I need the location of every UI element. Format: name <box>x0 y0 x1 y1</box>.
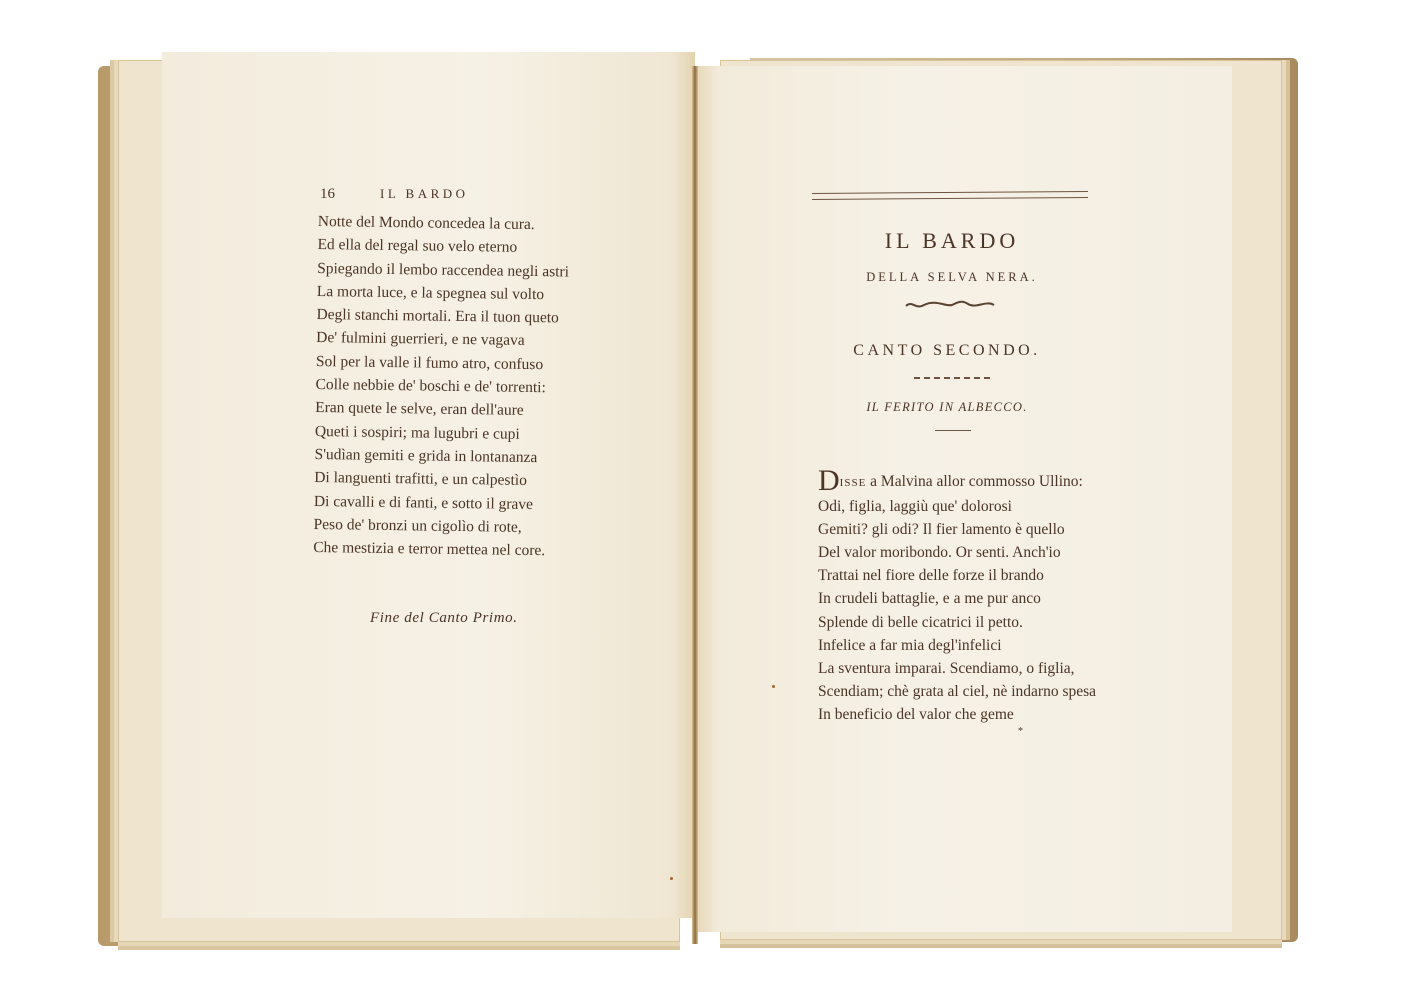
drop-cap: D <box>818 464 840 497</box>
canto-end-note: Fine del Canto Primo. <box>370 610 518 627</box>
verse-line: Trattai nel fiore delle forze il brando <box>818 564 1118 587</box>
short-rule-divider <box>935 430 971 431</box>
left-running-head: 16 IL BARDO <box>320 186 590 203</box>
verse-line: In crudeli battaglie, e a me pur anco <box>818 587 1118 610</box>
first-line-rest: a Malvina allor commosso Ullino: <box>866 473 1083 490</box>
verse-line: Scendiam; chè grata al ciel, nè indarno … <box>818 680 1118 703</box>
wavy-rule-divider <box>914 377 990 385</box>
verse-line: Ed ella del regal suo velo eterno <box>317 233 597 260</box>
verse-line: In beneficio del valor che geme <box>818 703 1118 726</box>
verse-line: Splende di belle cicatrici il petto. <box>818 611 1118 634</box>
book-title: IL BARDO <box>812 228 1092 254</box>
verse-line: Che mestizia e terror mettea nel core. <box>313 536 593 563</box>
verse-line: Di languenti trafitti, e un calpestìo <box>314 466 594 493</box>
canto-argument: IL FERITO IN ALBECCO. <box>812 400 1082 415</box>
verse-line: Odi, figlia, laggiù que' dolorosi <box>818 495 1118 518</box>
verse-line: Del valor moribondo. Or senti. Anch'io <box>818 541 1118 564</box>
page-number: 16 <box>320 186 380 203</box>
verse-line: Eran quete le selve, eran dell'aure <box>315 396 595 423</box>
left-verse-block: Notte del Mondo concedea la cura. Ed ell… <box>313 210 598 563</box>
foxing-spot <box>772 685 775 688</box>
book-subtitle: DELLA SELVA NERA. <box>812 270 1092 285</box>
verse-line: La sventura imparai. Scendiamo, o figlia… <box>818 657 1118 680</box>
verse-line: Gemiti? gli odi? Il fier lamento è quell… <box>818 518 1118 541</box>
flourish-ornament-icon <box>902 296 998 312</box>
foxing-spot <box>670 877 673 880</box>
right-verse-block: DISSE a Malvina allor commosso Ullino: O… <box>818 470 1118 726</box>
running-title: IL BARDO <box>380 186 469 203</box>
small-caps: ISSE <box>840 477 867 489</box>
signature-mark: * <box>1018 726 1023 737</box>
verse-line: Infelice a far mia degl'infelici <box>818 634 1118 657</box>
verse-line-first: DISSE a Malvina allor commosso Ullino: <box>818 470 1118 495</box>
canto-heading: CANTO SECONDO. <box>812 342 1082 360</box>
book-gutter <box>692 66 698 944</box>
